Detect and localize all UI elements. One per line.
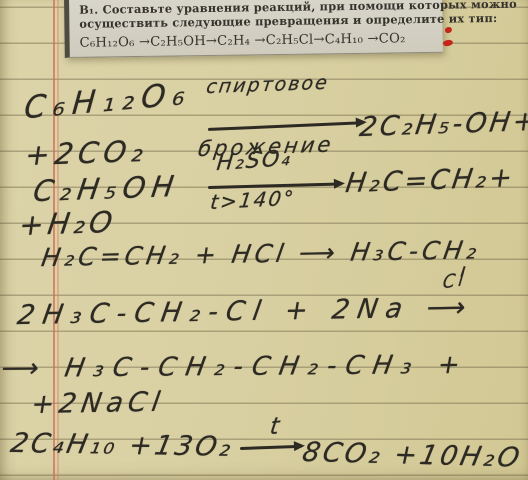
hw-eq4-line: 2H₃C-CH₂-Cl + 2Na ⟶ [15,292,476,331]
reaction-chain: C₆H₁₂O₆ →C₂H₅OH→C₂H₄ →C₂H₅Cl→C₄H₁₀ →CO₂ [80,31,437,51]
hw-eq1-product: 2C₂H₅-OH+ [358,106,528,143]
hw-eq2-arrow-label-top: H₂SO₄ [215,146,293,177]
hw-eq2-carryover: +H₂O [17,205,118,243]
hw-eq1-arrow [208,121,364,130]
hw-eq5-line: ⟶ H₃C-CH₂-CH₂-CH₃ + [0,350,471,384]
hw-eq6-arrow-label-top: t [268,413,281,440]
hw-eq1-carryover: +2CO₂ [23,134,150,172]
problem-text-line-2: осуществить следующие превращения и опре… [79,13,436,32]
hw-eq1-reactant: C₆H₁₂O₆ [23,75,194,126]
hw-eq6-arrow [240,445,302,450]
hw-eq2-arrow-label-bottom: t>140° [209,186,297,215]
hw-eq6-products: 8CO₂ +10H₂O [300,437,525,474]
red-pen-mark [444,26,453,34]
hw-eq2-product: H₂C=CH₂+ [344,162,517,199]
hw-eq3-line: H₂C=CH₂ + HCl ⟶ H₃C-CH₂ [39,235,482,272]
red-pen-mark [442,39,453,47]
hw-eq2-reactant: C₂H₅OH [31,169,182,208]
printed-problem-card: В₁. Составьте уравнения реакций, при пом… [64,0,443,58]
hw-eq5-carryover: +2NaCl [29,387,167,420]
hw-eq3-substituent: Cl [442,269,468,294]
hw-eq1-arrow-label-top: спиртовое [205,72,331,98]
hw-eq6-reactants: 2C₄H₁₀ +13O₂ [8,428,236,463]
notebook-page: В₁. Составьте уравнения реакций, при пом… [0,0,528,480]
